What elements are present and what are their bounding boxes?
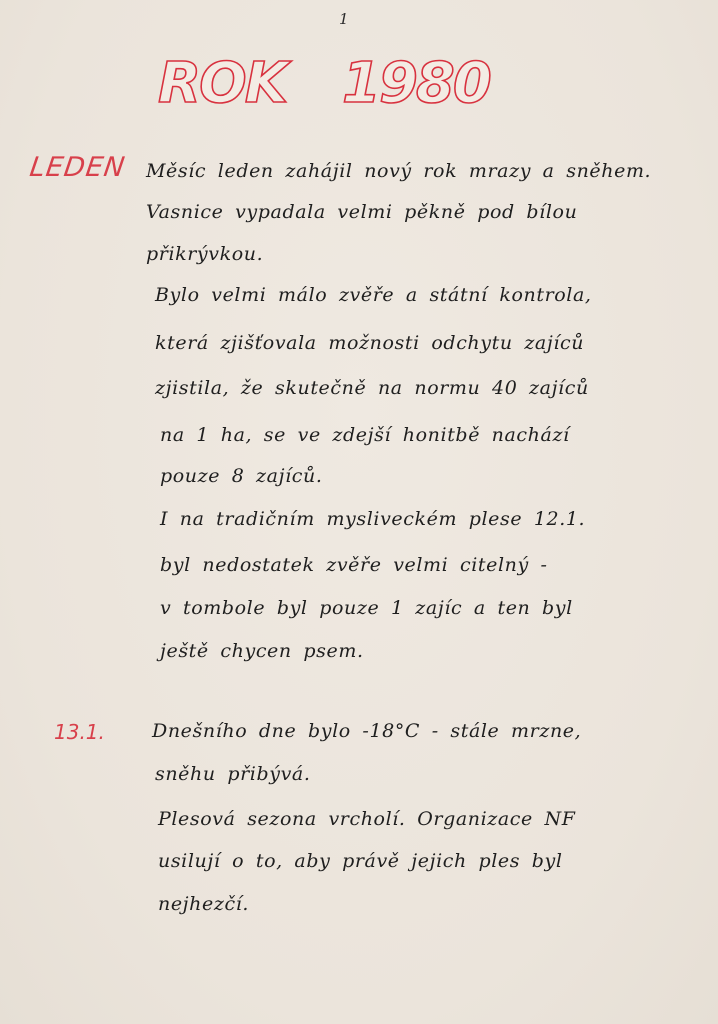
text-line: v tombole byl pouze 1 zajíc a ten byl	[160, 597, 573, 619]
text-line: pouze 8 zajíců.	[160, 465, 322, 487]
title-word: ROK	[158, 51, 292, 116]
text-line: sněhu přibývá.	[155, 763, 310, 785]
text-line: byl nedostatek zvěře velmi citelný -	[160, 554, 548, 576]
text-line: Vasnice vypadala velmi pěkně pod bílou	[146, 201, 577, 223]
text-line: přikrývkou.	[146, 243, 263, 265]
page-title: ROK 1980	[152, 50, 492, 112]
text-line: Dnešního dne bylo -18°C - stále mrzne,	[152, 720, 581, 742]
text-line: zjistila, že skutečně na normu 40 zajíců	[155, 377, 589, 399]
text-line: na 1 ha, se ve zdejší honitbě nachází	[160, 424, 570, 446]
text-line: Plesová sezona vrcholí. Organizace NF	[158, 808, 576, 830]
text-line: Bylo velmi málo zvěře a státní kontrola,	[155, 284, 592, 306]
handwritten-page: 1 ROK 1980 LEDEN Měsíc leden zahájil nov…	[0, 0, 718, 1024]
title-year: 1980	[342, 51, 490, 116]
date-label-13-1: 13.1.	[54, 720, 105, 744]
text-line: ještě chycen psem.	[160, 640, 364, 662]
title-lettering: ROK 1980	[152, 50, 492, 112]
page-number: 1	[339, 10, 349, 28]
text-line: která zjišťovala možnosti odchytu zajíců	[155, 332, 584, 354]
text-line: nejhezčí.	[158, 893, 249, 915]
text-line: Měsíc leden zahájil nový rok mrazy a sně…	[146, 160, 651, 182]
text-line: usilují o to, aby právě jejich ples byl	[158, 850, 563, 872]
text-line: I na tradičním mysliveckém plese 12.1.	[160, 508, 585, 530]
month-label-leden: LEDEN	[28, 152, 128, 183]
